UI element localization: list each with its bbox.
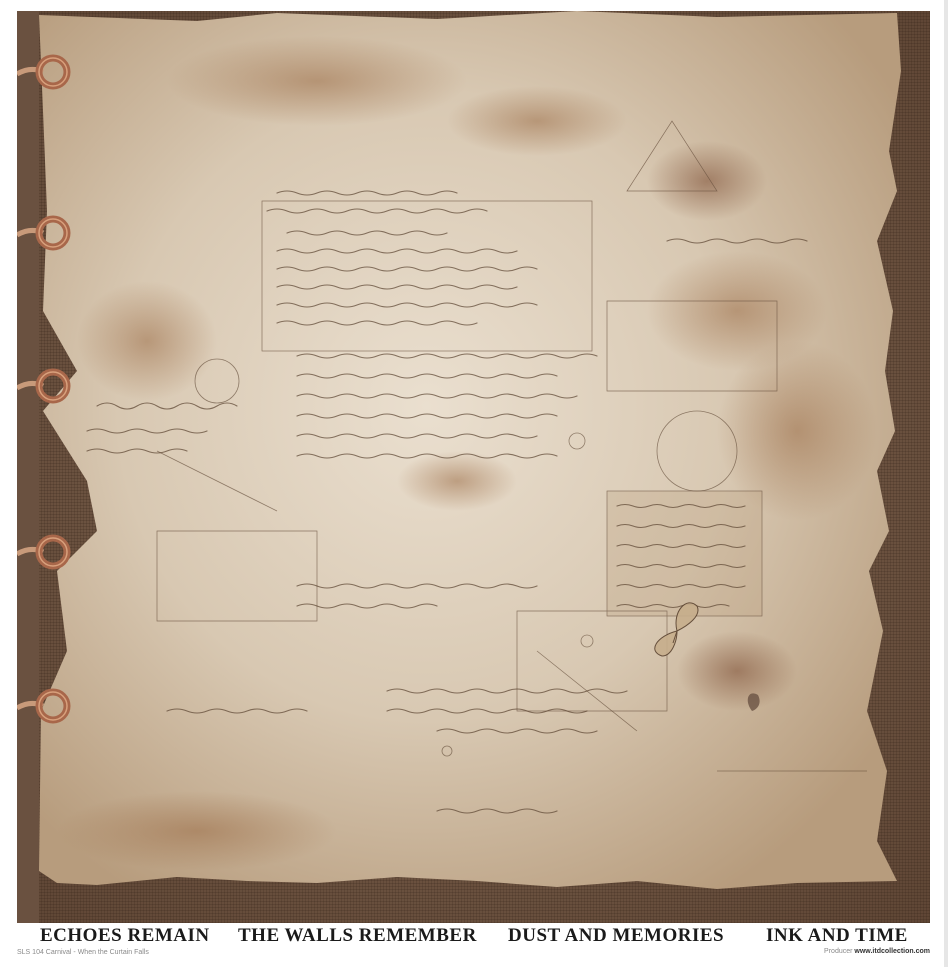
producer-url: www.itdcollection.com <box>854 948 930 955</box>
scrapbook-paper-sheet <box>17 11 930 923</box>
right-edge-border <box>944 0 948 967</box>
binder-ring-icon <box>17 686 73 726</box>
binder-ring-icon <box>17 52 73 92</box>
product-code-label: SLS 104 Carnival - When the Curtain Fall… <box>17 949 149 956</box>
producer-credit: Producer www.itdcollection.com <box>824 948 930 955</box>
binder-ring-icon <box>17 213 73 253</box>
binder-ring-icon <box>17 532 73 572</box>
caption-ink-and-time: INK AND TIME <box>766 925 908 947</box>
parchment-artwork <box>17 11 930 923</box>
producer-label: Producer <box>824 948 852 955</box>
binder-ring-icon <box>17 366 73 406</box>
caption-echoes-remain: ECHOES REMAIN <box>40 925 210 947</box>
caption-dust-and-memories: DUST AND MEMORIES <box>508 925 724 947</box>
caption-row: ECHOES REMAIN THE WALLS REMEMBER DUST AN… <box>0 925 948 951</box>
caption-the-walls-remember: THE WALLS REMEMBER <box>238 925 477 947</box>
